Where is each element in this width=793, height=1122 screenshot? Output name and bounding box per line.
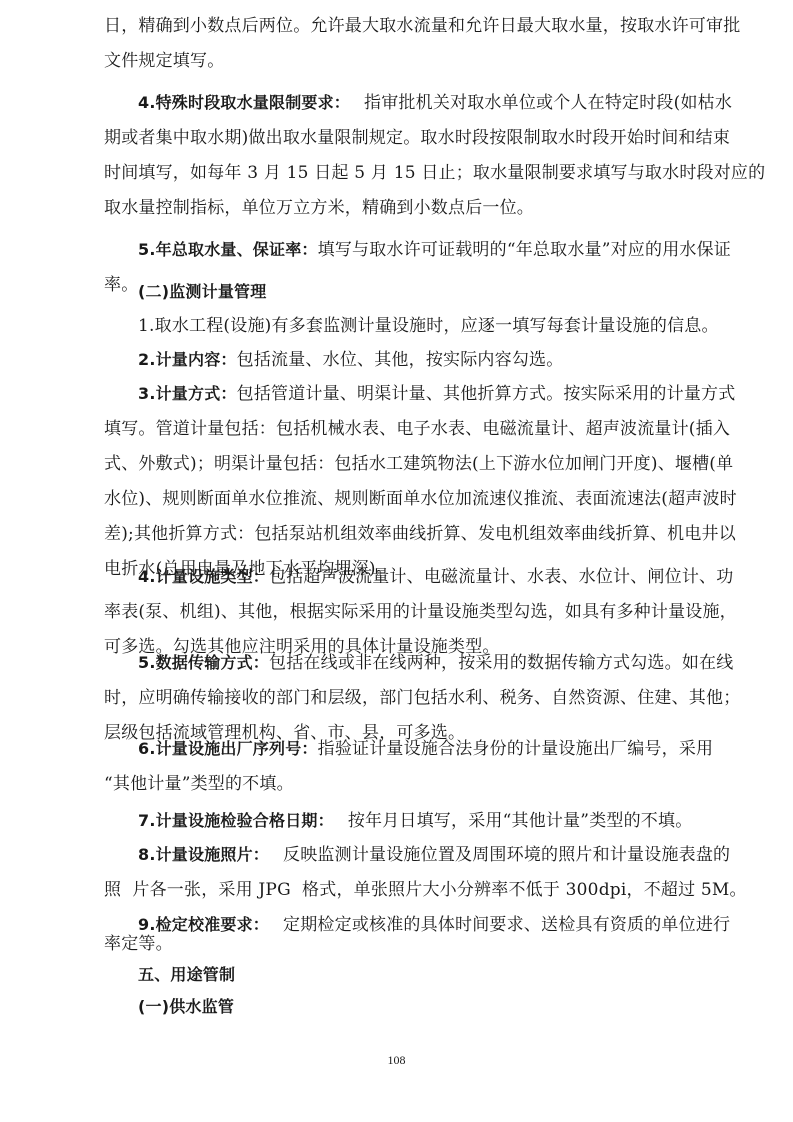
item-text: 指审批机关对取水单位或个人在特定时段(如枯水 <box>364 93 732 113</box>
paragraph-line: 时，应明确传输接收的部门和层级，部门包括水利、税务、自然资源、住建、其他； <box>104 686 706 710</box>
item-text: 按年月日填写，采用“其他计量”类型的不填。 <box>348 811 693 831</box>
paragraph-line: 文件规定填写。 <box>104 49 224 73</box>
section-heading: 五、用途管制 <box>138 963 235 987</box>
item-text: 填写与取水许可证载明的“年总取水量”对应的用水保证 <box>318 240 731 260</box>
item-5: 5.数据传输方式：包括在线或非在线两种，按采用的数据传输方式勾选。如在线 <box>138 651 706 675</box>
item-annual-total: 5.年总取水量、保证率：填写与取水许可证载明的“年总取水量”对应的用水保证 <box>138 238 706 262</box>
paragraph-line: 日，精确到小数点后两位。允许最大取水流量和允许日最大取水量，按取水许可审批 <box>104 14 706 38</box>
item-4: 4.计量设施类型：包括超声波流量计、电磁流量计、水表、水位计、闸位计、功 <box>138 565 706 589</box>
item-8: 8.计量设施照片：反映监测计量设施位置及周围环境的照片和计量设施表盘的 <box>138 843 706 867</box>
item-label: 5.数据传输方式： <box>138 653 269 672</box>
paragraph-line: 率定等。 <box>104 932 173 956</box>
paragraph-line: 时间填写，如每年 3 月 15 日起 5 月 15 日止；取水量限制要求填写与取… <box>104 161 706 185</box>
item-label: 8.计量设施照片： <box>138 845 269 864</box>
item-text: 反映监测计量设施位置及周围环境的照片和计量设施表盘的 <box>283 845 730 865</box>
item-text: 包括流量、水位、其他，按实际内容勾选。 <box>237 350 564 370</box>
item-1: 1.取水工程(设施)有多套监测计量设施时，应逐一填写每套计量设施的信息。 <box>138 314 719 338</box>
item-text: 包括管道计量、明渠计量、其他折算方式。按实际采用的计量方式 <box>237 384 736 404</box>
item-label: 4.特殊时段取水量限制要求： <box>138 93 350 112</box>
page-number: 108 <box>0 1053 793 1068</box>
item-text: 包括超声波流量计、电磁流量计、水表、水位计、闸位计、功 <box>269 567 733 587</box>
paragraph-line: 取水量控制指标，单位万立方米，精确到小数点后一位。 <box>104 196 534 220</box>
item-3: 3.计量方式：包括管道计量、明渠计量、其他折算方式。按实际采用的计量方式 <box>138 382 706 406</box>
paragraph-line: 式、外敷式)；明渠计量包括：包括水工建筑物法(上下游水位加闸门开度)、堰槽(单 <box>104 452 706 476</box>
item-label: 4.计量设施类型： <box>138 567 269 586</box>
paragraph-line: “其他计量”类型的不填。 <box>104 772 294 796</box>
paragraph-line: 水位)、规则断面单水位推流、规则断面单水位加流速仪推流、表面流速法(超声波时 <box>104 487 706 511</box>
item-label: 3.计量方式： <box>138 384 237 403</box>
item-label: 6.计量设施出厂序列号： <box>138 739 318 758</box>
item-2: 2.计量内容：包括流量、水位、其他，按实际内容勾选。 <box>138 348 563 372</box>
item-9: 9.检定校准要求：定期检定或核准的具体时间要求、送检具有资质的单位进行 <box>138 913 706 937</box>
section-heading: (二)监测计量管理 <box>138 280 266 304</box>
paragraph-line: 率表(泵、机组)、其他，根据实际采用的计量设施类型勾选，如具有多种计量设施， <box>104 600 706 624</box>
item-text: 包括在线或非在线两种，按采用的数据传输方式勾选。如在线 <box>269 653 733 673</box>
item-text: 定期检定或核准的具体时间要求、送检具有资质的单位进行 <box>283 915 730 935</box>
item-special-period: 4.特殊时段取水量限制要求：指审批机关对取水单位或个人在特定时段(如枯水 <box>138 91 706 115</box>
paragraph-line: 期或者集中取水期)做出取水量限制规定。取水时段按限制取水时段开始时间和结束 <box>104 126 706 150</box>
item-text: 指验证计量设施合法身份的计量设施出厂编号，采用 <box>318 739 714 759</box>
item-label: 5.年总取水量、保证率： <box>138 240 318 259</box>
subsection-heading: (一)供水监管 <box>138 995 234 1019</box>
item-7: 7.计量设施检验合格日期：按年月日填写，采用“其他计量”类型的不填。 <box>138 809 692 833</box>
item-label: 2.计量内容： <box>138 350 237 369</box>
paragraph-line: 照 片各一张，采用 JPG 格式，单张照片大小分辨率不低于 300dpi，不超过… <box>104 878 747 902</box>
paragraph-line: 填写。管道计量包括：包括机械水表、电子水表、电磁流量计、超声波流量计(插入 <box>104 417 706 441</box>
item-6: 6.计量设施出厂序列号：指验证计量设施合法身份的计量设施出厂编号，采用 <box>138 737 706 761</box>
paragraph-line: 差);其他折算方式：包括泵站机组效率曲线折算、发电机组效率曲线折算、机电井以 <box>104 522 706 546</box>
paragraph-line: 率。 <box>104 273 138 297</box>
item-label: 7.计量设施检验合格日期： <box>138 811 334 830</box>
